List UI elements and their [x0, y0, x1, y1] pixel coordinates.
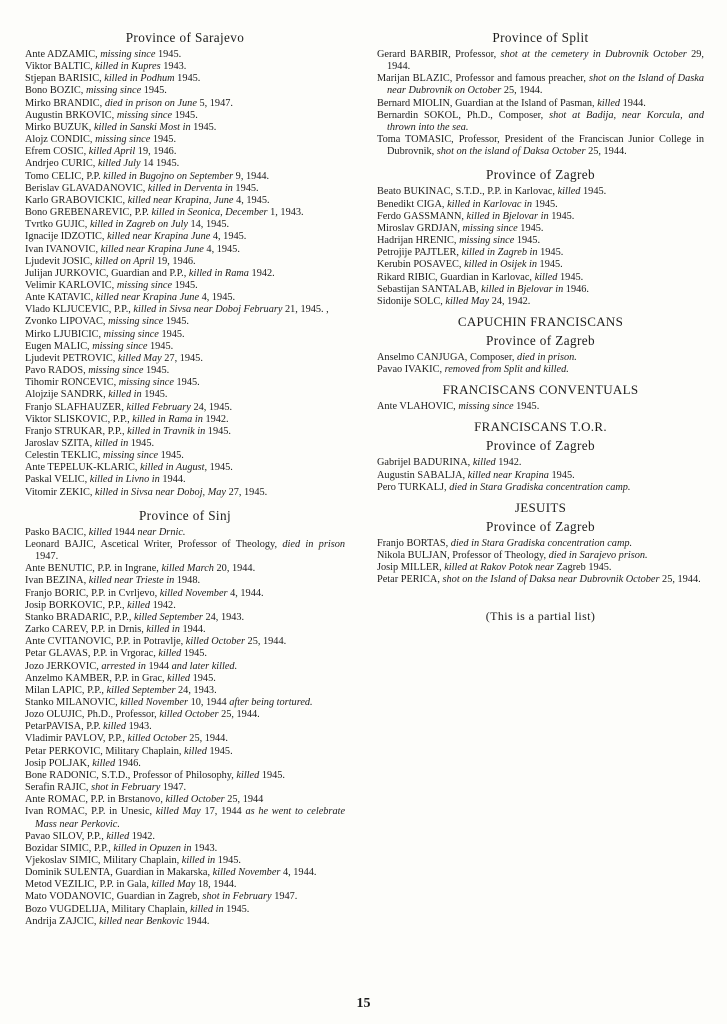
italic-text: killed: [127, 600, 150, 611]
list-item: Alojzije SANDRK, killed in 1945.: [25, 389, 345, 401]
fate-description: killed July 14 1945.: [98, 158, 179, 169]
section-order: FRANCISCANS CONVENTUALSAnte VLAHOVIC, mi…: [377, 382, 704, 413]
list-item: Tvrtko GUJIC, killed in Zagreb on July 1…: [25, 219, 345, 231]
list-item: Benedikt CIGA, killed in Karlovac in 194…: [377, 199, 704, 211]
list-item: Pavao IVAKIC, removed from Split and kil…: [377, 364, 704, 376]
italic-text: killed near Krapina June: [101, 244, 204, 255]
fate-description: Guardian and P.P., killed in Rama 1942.: [111, 268, 275, 279]
list-item: Stanko BRADARIC, P.P., killed September …: [25, 612, 345, 624]
person-name: Anselmo CANJUGA,: [377, 352, 467, 363]
person-name: Franjo STRUKAR,: [25, 426, 105, 437]
list-item: Anzelmo KAMBER, P.P. in Grac, killed 194…: [25, 673, 345, 685]
fate-description: P.P. in Cvrljevo, killed November 4, 194…: [91, 588, 263, 599]
list-item: Serafin RAJIC, shot in February 1947.: [25, 782, 345, 794]
italic-text: killed in Rama: [189, 268, 249, 279]
person-name: Ante TEPELUK-KLARIC,: [25, 462, 138, 473]
fate-description: Professor of Theology, died in Sarajevo …: [452, 550, 647, 561]
person-name: Petrojije PAJTLER,: [377, 247, 459, 258]
italic-text: killed October: [186, 636, 245, 647]
fate-description: P.P. in Ingrane, killed March 20, 1944.: [97, 563, 255, 574]
list-item: Beato BUKINAC, S.T.D., P.P. in Karlovac,…: [377, 186, 704, 198]
italic-text: died in Sarajevo prison.: [549, 550, 648, 561]
italic-text: killed: [158, 648, 181, 659]
order-heading: JESUITS: [377, 500, 704, 516]
fate-description: killed in August, 1945.: [140, 462, 233, 473]
list-item: Mirko BUZUK, killed in Sanski Most in 19…: [25, 122, 345, 134]
person-name: Ante ROMAC,: [25, 794, 88, 805]
fate-description: removed from Split and killed.: [445, 364, 569, 375]
person-name: Ivan ROMAC,: [25, 806, 87, 817]
list-item: Vladimir PAVLOV, P.P., killed October 25…: [25, 733, 345, 745]
person-name: Toma TOMASIC,: [377, 134, 454, 145]
list-item: Vitomir ZEKIC, killed in Sivsa near Dobo…: [25, 487, 345, 499]
italic-text: killed March: [161, 563, 214, 574]
order-heading: CAPUCHIN FRANCISCANS: [377, 314, 704, 330]
province-heading: Province of Sinj: [25, 508, 345, 524]
list-item: Dominik SULENTA, Guardian in Makarska, k…: [25, 867, 345, 879]
fate-description: missing since 1945.: [108, 316, 189, 327]
italic-text: shot on the Island of Daksa near Dubrovn…: [443, 574, 660, 585]
person-name: Vitomir ZEKIC,: [25, 487, 92, 498]
person-name: Nikola BULJAN,: [377, 550, 450, 561]
fate-description: P.P. in Grac, killed 1945.: [115, 673, 216, 684]
list-item: Eugen MALIC, missing since 1945.: [25, 341, 345, 353]
fate-description: missing since 1945.: [104, 329, 185, 340]
list-item: Jaroslav SZITA, killed in 1945.: [25, 438, 345, 450]
list-item: Petar PERKOVIC, Military Chaplain, kille…: [25, 746, 345, 758]
list-item: Petar GLAVAS, P.P. in Vrgorac, killed 19…: [25, 648, 345, 660]
list-item: Pavo RADOS, missing since 1945.: [25, 365, 345, 377]
fate-description: P.P. killed in Seonica, December 1, 1943…: [135, 207, 304, 218]
fate-description: P.P., killed October 25, 1944.: [108, 733, 228, 744]
fate-description: killed near Krapina 1945.: [468, 470, 575, 481]
list-item: Viktor BALTIC, killed in Kupres 1943.: [25, 61, 345, 73]
list-item: Leonard BAJIC, Ascetical Writer, Profess…: [25, 539, 345, 563]
section-order: CAPUCHIN FRANCISCANSProvince of ZagrebAn…: [377, 314, 704, 376]
italic-text: killed October: [165, 794, 224, 805]
fate-description: Guardian in Makarska, killed November 4,…: [115, 867, 316, 878]
person-name: Sidonije SOLC,: [377, 296, 443, 307]
list-item: Tihomir RONCEVIC, missing since 1945.: [25, 377, 345, 389]
list-item: Ante ADZAMIC, missing since 1945.: [25, 49, 345, 61]
person-name: Petar PERICA,: [377, 574, 440, 585]
person-name: Leonard BAJIC,: [25, 539, 96, 550]
italic-text: killed in Karlovac in: [447, 199, 532, 210]
fate-description: killed 1946.: [92, 758, 141, 769]
italic-text: died in Stara Gradiska concentration cam…: [451, 538, 632, 549]
italic-text: killed: [473, 457, 496, 468]
italic-text: killed November: [213, 867, 281, 878]
italic-text: killed: [558, 186, 581, 197]
list-item: Rikard RIBIC, Guardian in Karlovac, kill…: [377, 272, 704, 284]
entry-list: Anselmo CANJUGA, Composer, died in priso…: [377, 352, 704, 376]
fate-description: Guardian in Karlovac, killed 1945.: [440, 272, 583, 283]
fate-description: P.P., killed 1942.: [108, 600, 176, 611]
fate-description: killed May 27, 1945.: [118, 353, 203, 364]
fate-description: P.P., killed September 24, 1943.: [87, 685, 217, 696]
fate-description: killed in Kupres 1943.: [95, 61, 186, 72]
entry-list: Gabrijel BADURINA, killed 1942.Augustin …: [377, 457, 704, 493]
fate-description: killed in Karlovac in 1945.: [447, 199, 558, 210]
italic-text: killed in: [95, 438, 128, 449]
list-item: Kerubin POSAVEC, killed in Osijek in 194…: [377, 259, 704, 271]
list-item: Ljudevit PETROVIC, killed May 27, 1945.: [25, 353, 345, 365]
order-heading: FRANCISCANS T.O.R.: [377, 419, 704, 435]
person-name: Ante KATAVIC,: [25, 292, 93, 303]
page-number: 15: [0, 996, 727, 1012]
list-item: Bono GREBENAREVIC, P.P. killed in Seonic…: [25, 207, 345, 219]
person-name: Celestin TEKLIC,: [25, 450, 100, 461]
list-item: Efrem COSIC, killed April 19, 1946.: [25, 146, 345, 158]
italic-text: killed in Opuzen in: [113, 843, 191, 854]
list-item: Ante TEPELUK-KLARIC, killed in August, 1…: [25, 462, 345, 474]
fate-description: Composer, died in prison.: [470, 352, 577, 363]
fate-description: killed in Osijek in 1945.: [464, 259, 563, 270]
person-name: Josip MILLER,: [377, 562, 442, 573]
person-name: Ignacije IDZOTIC,: [25, 231, 104, 242]
fate-description: Military Chaplain, killed 1945.: [105, 746, 232, 757]
italic-text: and later killed.: [172, 661, 238, 672]
person-name: Bono GREBENAREVIC,: [25, 207, 132, 218]
list-item: Bozo VUGDELIJA, Military Chaplain, kille…: [25, 904, 345, 916]
italic-text: killed near Krapina June: [96, 292, 199, 303]
italic-text: killed: [103, 721, 126, 732]
person-name: Mirko BUZUK,: [25, 122, 91, 133]
italic-text: missing since: [100, 49, 155, 60]
italic-text: shot in February: [202, 891, 271, 902]
list-item: Bernard MIOLIN, Guardian at the Island o…: [377, 98, 704, 110]
italic-text: died in prison.: [517, 352, 577, 363]
fate-description: P.P., killed in Travnik in 1945.: [108, 426, 231, 437]
fate-description: killed on April 19, 1946.: [95, 256, 196, 267]
list-item: Andrjeo CURIC, killed July 14 1945.: [25, 158, 345, 170]
italic-text: killed in: [190, 904, 223, 915]
person-name: PetarPAVISA,: [25, 721, 84, 732]
italic-text: killed May: [118, 353, 162, 364]
fate-description: killed in Sanski Most in 1945.: [94, 122, 216, 133]
right-column-sections: Province of SplitGerard BARBIR, Professo…: [377, 30, 704, 587]
italic-text: killed: [106, 831, 129, 842]
partial-list-note: (This is a partial list): [377, 609, 704, 624]
person-name: Josip BORKOVIC,: [25, 600, 105, 611]
italic-text: killed May: [152, 879, 196, 890]
entry-list: Gerard BARBIR, Professor, shot at the ce…: [377, 49, 704, 158]
right-column: Province of SplitGerard BARBIR, Professo…: [377, 30, 704, 624]
list-item: Karlo GRABOVICKIC, killed near Krapina, …: [25, 195, 345, 207]
list-item: Ferdo GASSMANN, killed in Bjelovar in 19…: [377, 211, 704, 223]
list-item: Franjo BORIC, P.P. in Cvrljevo, killed N…: [25, 588, 345, 600]
person-name: Gabrijel BADURINA,: [377, 457, 470, 468]
order-heading: FRANCISCANS CONVENTUALS: [377, 382, 704, 398]
person-name: Ante BENUTIC,: [25, 563, 95, 574]
italic-text: killed September: [134, 612, 203, 623]
person-name: Pero TURKALJ,: [377, 482, 447, 493]
fate-description: arrested in 1944 and later killed.: [101, 661, 237, 672]
italic-text: killed near Krapina June: [107, 231, 210, 242]
person-name: Eugen MALIC,: [25, 341, 90, 352]
person-name: Berislav GLAVADANOVIC,: [25, 183, 145, 194]
person-name: Vlado KLJUCEVIC,: [25, 304, 111, 315]
fate-description: killed in Zagreb on July 14, 1945.: [90, 219, 229, 230]
italic-text: killed November: [120, 697, 188, 708]
fate-description: killed at Rakov Potok near Zagreb 1945.: [444, 562, 611, 573]
person-name: Milan LAPIC,: [25, 685, 85, 696]
fate-description: died in Stara Gradiska concentration cam…: [449, 482, 630, 493]
list-item: Ljudevit JOSIC, killed on April 19, 1946…: [25, 256, 345, 268]
person-name: Andrija ZAJCIC,: [25, 916, 97, 927]
list-item: Josip POLJAK, killed 1946.: [25, 758, 345, 770]
fate-description: missing since 1945.: [463, 223, 544, 234]
person-name: Vjekoslav SIMIC,: [25, 855, 101, 866]
fate-description: shot on the Island of Daksa near Dubrovn…: [443, 574, 701, 585]
italic-text: missing since: [88, 365, 143, 376]
list-item: Gabrijel BADURINA, killed 1942.: [377, 457, 704, 469]
italic-text: shot at the cemetery in Dubrovnik Octobe…: [501, 49, 687, 60]
person-name: Ante ADZAMIC,: [25, 49, 98, 60]
person-name: Ante CVITANOVIC,: [25, 636, 113, 647]
fate-description: killed November 10, 1944 after being tor…: [120, 697, 312, 708]
fate-description: P.P., killed in Opuzen in 1943.: [94, 843, 217, 854]
italic-text: missing since: [95, 134, 150, 145]
list-item: Vjekoslav SIMIC, Military Chaplain, kill…: [25, 855, 345, 867]
list-item: Milan LAPIC, P.P., killed September 24, …: [25, 685, 345, 697]
list-item: Zvonko LIPOVAC, missing since 1945.: [25, 316, 345, 328]
person-name: Pavo RADOS,: [25, 365, 86, 376]
list-item: Mirko BRANDIC, died in prison on June 5,…: [25, 98, 345, 110]
person-name: Viktor BALTIC,: [25, 61, 93, 72]
italic-text: died in Stara Gradiska concentration cam…: [449, 482, 630, 493]
person-name: Petar PERKOVIC,: [25, 746, 103, 757]
fate-description: P.P. in Drnis, killed in 1944.: [91, 624, 206, 635]
fate-description: missing since 1945.: [117, 280, 198, 291]
person-name: Gerard BARBIR,: [377, 49, 451, 60]
person-name: Stanko MILANOVIC,: [25, 697, 118, 708]
list-item: Zarko CAREV, P.P. in Drnis, killed in 19…: [25, 624, 345, 636]
section-order: FRANCISCANS T.O.R.Province of ZagrebGabr…: [377, 419, 704, 493]
person-name: Pavao SILOV,: [25, 831, 84, 842]
person-name: Alojz CONDIC,: [25, 134, 93, 145]
italic-text: killed near Krapina, June: [128, 195, 234, 206]
person-name: Hadrijan HRENIC,: [377, 235, 457, 246]
list-item: Marijan BLAZIC, Professor and famous pre…: [377, 73, 704, 97]
fate-description: killed near Benkovic 1944.: [99, 916, 209, 927]
person-name: Augustin BRKOVIC,: [25, 110, 114, 121]
italic-text: killed in Zagreb on July: [90, 219, 188, 230]
document-page: Province of SarajevoAnte ADZAMIC, missin…: [0, 0, 727, 1024]
italic-text: killed in Livno in: [90, 474, 160, 485]
province-heading: Province of Zagreb: [377, 167, 704, 183]
italic-text: killed November: [160, 588, 228, 599]
fate-description: Military Chaplain, killed in 1945.: [103, 855, 241, 866]
fate-description: missing since 1945.: [100, 49, 181, 60]
fate-description: Guardian in Zagreb, shot in February 194…: [117, 891, 298, 902]
fate-description: missing since 1945.: [92, 341, 173, 352]
italic-text: killed October: [128, 733, 187, 744]
list-item: Stjepan BARISIC, killed in Podhum 1945.: [25, 73, 345, 85]
fate-description: killed in Livno in 1944.: [90, 474, 186, 485]
fate-description: P.P. in Gala, killed May 18, 1944.: [99, 879, 236, 890]
italic-text: killed in Osijek in: [464, 259, 537, 270]
province-heading: Province of Zagreb: [377, 438, 704, 454]
italic-text: killed: [92, 758, 115, 769]
list-item: Bozidar SIMIC, P.P., killed in Opuzen in…: [25, 843, 345, 855]
list-item: Franjo SLAFHAUZER, killed February 24, 1…: [25, 402, 345, 414]
entry-list: Pasko BACIC, killed 1944 near Drnic.Leon…: [25, 527, 345, 928]
person-name: Pavao IVAKIC,: [377, 364, 442, 375]
fate-description: killed near Krapina June 4, 1945.: [101, 244, 240, 255]
person-name: Karlo GRABOVICKIC,: [25, 195, 125, 206]
italic-text: killed April: [89, 146, 135, 157]
list-item: Toma TOMASIC, Professor, President of th…: [377, 134, 704, 158]
section-province: Province of SinjPasko BACIC, killed 1944…: [25, 508, 345, 928]
person-name: Jozo JERKOVIC,: [25, 661, 99, 672]
italic-text: missing since: [119, 377, 174, 388]
italic-text: killed: [184, 746, 207, 757]
italic-text: near Drnic.: [137, 527, 185, 538]
person-name: Mirko BRANDIC,: [25, 98, 102, 109]
italic-text: killed: [89, 527, 112, 538]
person-name: Franjo BORIC,: [25, 588, 89, 599]
fate-description: P.P. killed 1943.: [86, 721, 152, 732]
fate-description: Military Chaplain, killed in 1945.: [111, 904, 249, 915]
list-item: Josip MILLER, killed at Rakov Potok near…: [377, 562, 704, 574]
fate-description: Ph.D., Professor, killed October 25, 194…: [87, 709, 260, 720]
fate-description: P.P., killed in Rama in 1942.: [113, 414, 229, 425]
list-item: Pasko BACIC, killed 1944 near Drnic.: [25, 527, 345, 539]
province-heading: Province of Zagreb: [377, 333, 704, 349]
province-heading: Province of Zagreb: [377, 519, 704, 535]
person-name: Efrem COSIC,: [25, 146, 86, 157]
person-name: Bone RADONIC,: [25, 770, 99, 781]
fate-description: killed 1942.: [473, 457, 522, 468]
italic-text: killed May: [156, 806, 201, 817]
fate-description: missing since 1945.: [88, 365, 169, 376]
list-item: Franjo BORTAS, died in Stara Gradiska co…: [377, 538, 704, 550]
fate-description: died in Stara Gradiska concentration cam…: [451, 538, 632, 549]
person-name: Stanko BRADARIC,: [25, 612, 112, 623]
person-name: Tvrtko GUJIC,: [25, 219, 87, 230]
list-item: Vlado KLJUCEVIC, P.P., killed in Sivsa n…: [25, 304, 345, 316]
left-column: Province of SarajevoAnte ADZAMIC, missin…: [25, 30, 345, 928]
italic-text: killed in Zagreb in: [462, 247, 538, 258]
italic-text: missing since: [459, 235, 514, 246]
fate-description: killed near Krapina, June 4, 1945.: [128, 195, 270, 206]
list-item: Celestin TEKLIC, missing since 1945.: [25, 450, 345, 462]
fate-description: killed in Zagreb in 1945.: [462, 247, 564, 258]
person-name: Bernardin SOKOL,: [377, 110, 461, 121]
person-name: Tihomir RONCEVIC,: [25, 377, 116, 388]
fate-description: S.T.D., P.P. in Karlovac, killed 1945.: [456, 186, 607, 197]
person-name: Jaroslav SZITA,: [25, 438, 92, 449]
entry-list: Ante VLAHOVIC, missing since 1945.: [377, 401, 704, 413]
list-item: Alojz CONDIC, missing since 1945.: [25, 134, 345, 146]
italic-text: shot on the island of Daksa October: [437, 146, 586, 157]
list-item: Ivan IVANOVIC, killed near Krapina June …: [25, 244, 345, 256]
list-item: Bernardin SOKOL, Ph.D., Composer, shot a…: [377, 110, 704, 134]
person-name: Viktor SLISKOVIC,: [25, 414, 110, 425]
italic-text: killed in Bugojno on September: [103, 171, 233, 182]
person-name: Jozo OLUJIC,: [25, 709, 85, 720]
person-name: Pasko BACIC,: [25, 527, 86, 538]
fate-description: P.P., killed in Sivsa near Doboj Februar…: [114, 304, 329, 315]
fate-description: killed in Podhum 1945.: [104, 73, 200, 84]
person-name: Augustin SABALJA,: [377, 470, 465, 481]
fate-description: killed May 24, 1942.: [445, 296, 530, 307]
italic-text: killed May: [445, 296, 489, 307]
italic-text: after being tortured.: [229, 697, 312, 708]
person-name: Kerubin POSAVEC,: [377, 259, 461, 270]
italic-text: missing since: [104, 329, 159, 340]
fate-description: killed 1944 near Drnic.: [89, 527, 186, 538]
person-name: Zvonko LIPOVAC,: [25, 316, 105, 327]
italic-text: killed in Sivsa near Doboj, May: [95, 487, 226, 498]
entry-list: Franjo BORTAS, died in Stara Gradiska co…: [377, 538, 704, 587]
fate-description: P.P. in Potravlje, killed October 25, 19…: [116, 636, 286, 647]
italic-text: missing since: [117, 110, 172, 121]
italic-text: killed: [535, 272, 558, 283]
list-item: Miroslav GRDJAN, missing since 1945.: [377, 223, 704, 235]
fate-description: P.P. killed in Bugojno on September 9, 1…: [86, 171, 269, 182]
fate-description: killed in Bjelovar in 1945.: [467, 211, 575, 222]
list-item: Anselmo CANJUGA, Composer, died in priso…: [377, 352, 704, 364]
italic-text: killed in Seonica, December: [151, 207, 267, 218]
entry-list: Ante ADZAMIC, missing since 1945.Viktor …: [25, 49, 345, 499]
italic-text: missing since: [108, 316, 163, 327]
fate-description: S.T.D., Professor of Philosophy, killed …: [101, 770, 285, 781]
list-item: Jozo OLUJIC, Ph.D., Professor, killed Oc…: [25, 709, 345, 721]
list-item: Pavao SILOV, P.P., killed 1942.: [25, 831, 345, 843]
list-item: PetarPAVISA, P.P. killed 1943.: [25, 721, 345, 733]
fate-description: killed in Sivsa near Doboj, May 27, 1945…: [95, 487, 267, 498]
italic-text: removed from Split and killed.: [445, 364, 569, 375]
list-item: Velimir KARLOVIC, missing since 1945.: [25, 280, 345, 292]
list-item: Ante VLAHOVIC, missing since 1945.: [377, 401, 704, 413]
italic-text: killed in Sanski Most in: [94, 122, 191, 133]
list-item: Viktor SLISKOVIC, P.P., killed in Rama i…: [25, 414, 345, 426]
list-item: Pero TURKALJ, died in Stara Gradiska con…: [377, 482, 704, 494]
list-item: Ignacije IDZOTIC, killed near Krapina Ju…: [25, 231, 345, 243]
list-item: Bono BOZIC, missing since 1945.: [25, 85, 345, 97]
fate-description: missing since 1945.: [458, 401, 539, 412]
italic-text: missing since: [86, 85, 141, 96]
italic-text: killed in: [146, 624, 179, 635]
italic-text: missing since: [463, 223, 518, 234]
fate-description: killed near Krapina June 4, 1945.: [107, 231, 246, 242]
person-name: Franjo SLAFHAUZER,: [25, 402, 124, 413]
italic-text: died in prison: [282, 539, 345, 550]
italic-text: killed in Derventa in: [148, 183, 233, 194]
list-item: Ante CVITANOVIC, P.P. in Potravlje, kill…: [25, 636, 345, 648]
fate-description: P.P. in Vrgorac, killed 1945.: [93, 648, 207, 659]
fate-description: killed near Trieste in 1948.: [89, 575, 200, 586]
person-name: Petar GLAVAS,: [25, 648, 90, 659]
fate-description: missing since 1945.: [117, 110, 198, 121]
italic-text: killed July: [98, 158, 141, 169]
fate-description: killed in 1945.: [108, 389, 167, 400]
list-item: Bone RADONIC, S.T.D., Professor of Philo…: [25, 770, 345, 782]
list-item: Berislav GLAVADANOVIC, killed in Dervent…: [25, 183, 345, 195]
fate-description: killed in Derventa in 1945.: [148, 183, 259, 194]
fate-description: P.P., killed September 24, 1943.: [115, 612, 245, 623]
fate-description: P.P. in Brstanovo, killed October 25, 19…: [91, 794, 264, 805]
list-item: Andrija ZAJCIC, killed near Benkovic 194…: [25, 916, 345, 928]
person-name: Serafin RAJIC,: [25, 782, 89, 793]
italic-text: killed in Bjelovar in: [467, 211, 549, 222]
person-name: Ivan IVANOVIC,: [25, 244, 98, 255]
section-province: Province of SplitGerard BARBIR, Professo…: [377, 30, 704, 158]
person-name: Vladimir PAVLOV,: [25, 733, 105, 744]
italic-text: died in prison on June: [105, 98, 197, 109]
